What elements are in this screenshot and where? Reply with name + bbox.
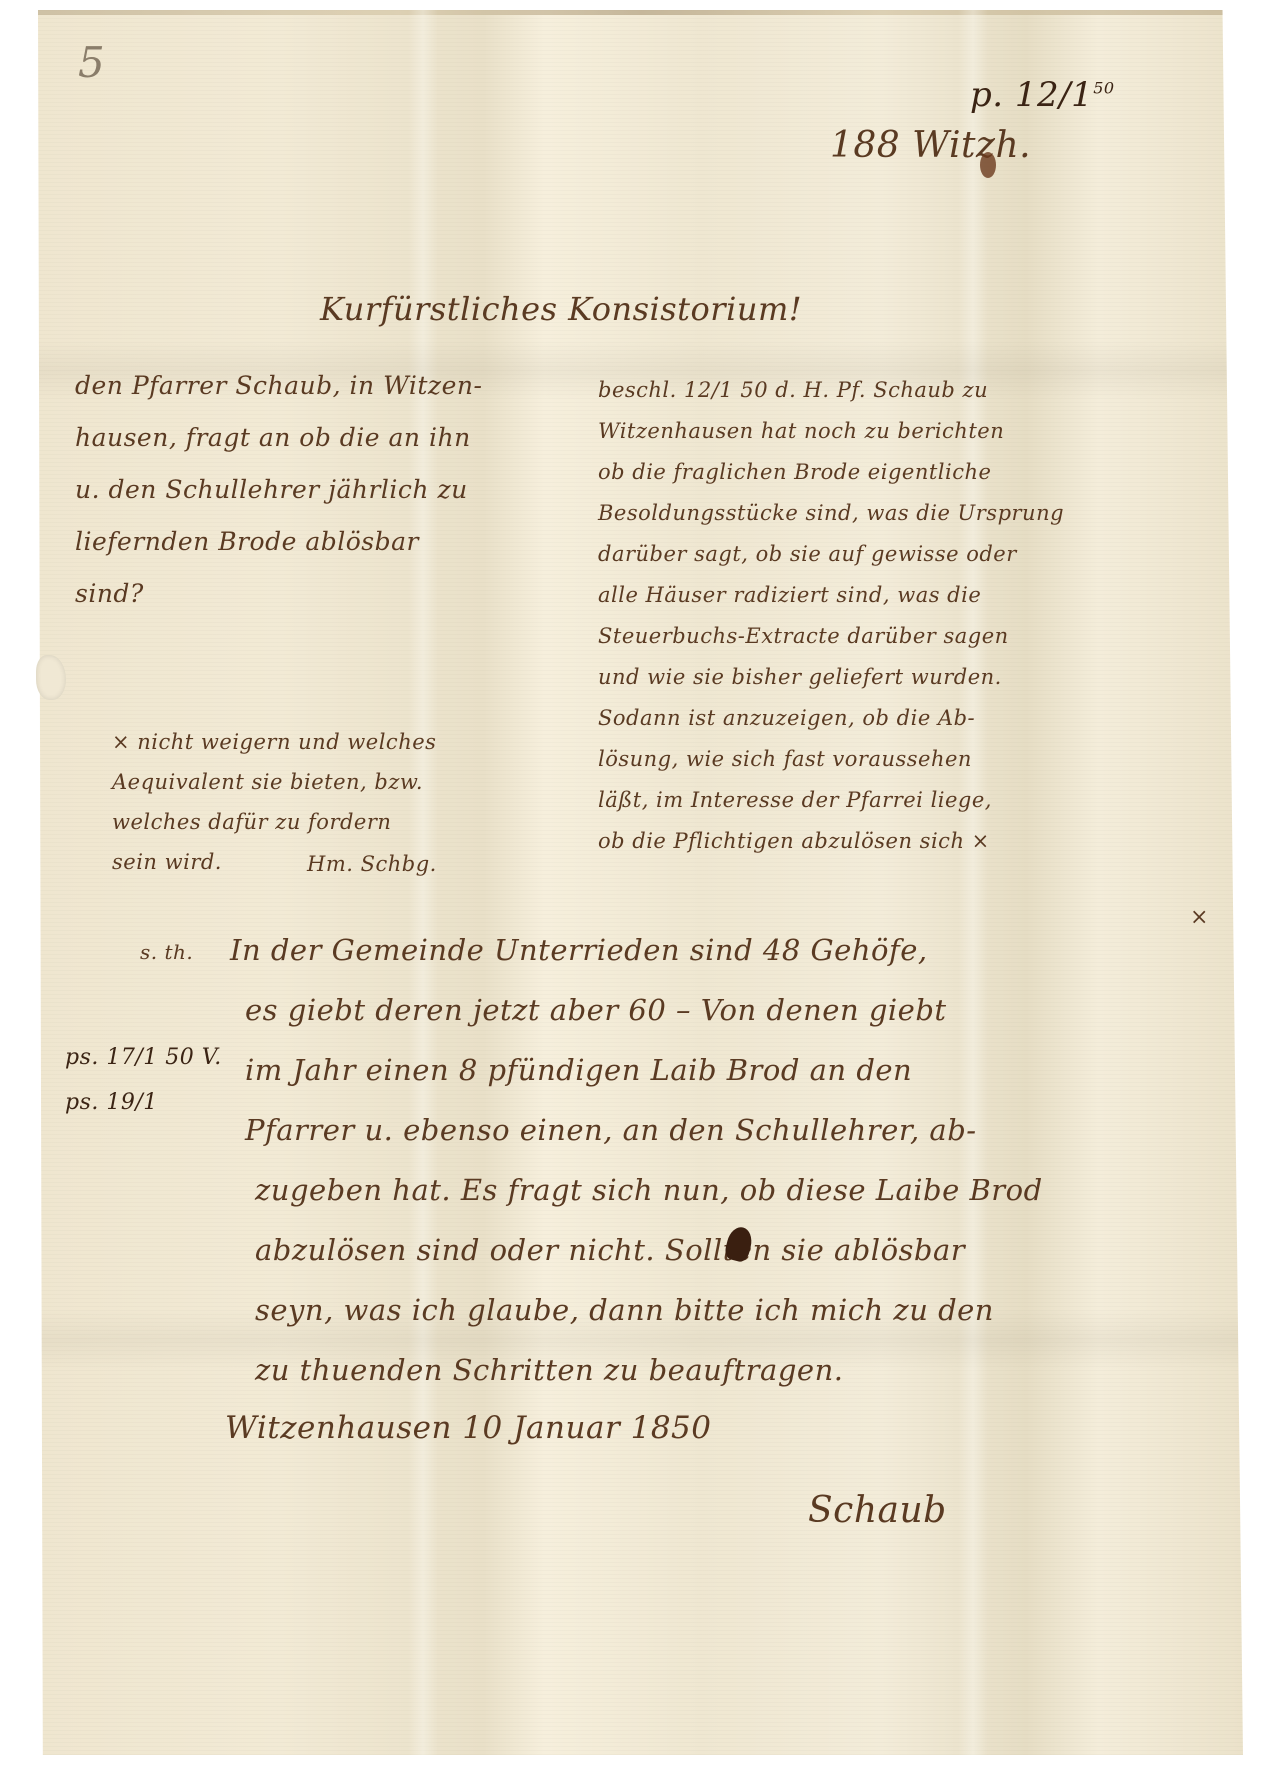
cross-mark: × [1190,905,1209,930]
right-resolution-note: beschl. 12/1 50 d. H. Pf. Schaub zu Witz… [598,370,1064,862]
margin-note-ps1: ps. 17/1 50 V. [65,1045,222,1070]
letter-paper [38,10,1243,1755]
paper-top-edge [38,10,1243,15]
ink-blot [980,152,996,178]
note-line: Witzenhausen hat noch zu berichten [598,411,1064,452]
margin-note-sth: s. th. [140,940,193,964]
note-line: hausen, fragt an ob die an ihn [75,412,482,464]
note-line: liefernden Brode ablösbar [75,516,482,568]
signature: Schaub [808,1490,947,1531]
note-line: lösung, wie sich fast voraussehen [598,739,1064,780]
body-line: es giebt deren jetzt aber 60 – Von denen… [245,980,1043,1040]
reference-number: 188 Witzh. [830,125,1031,166]
note-line: ob die fraglichen Brode eigentliche [598,452,1064,493]
footnote-line: Aequivalent sie bieten, bzw. [112,762,436,802]
note-line: Steuerbuchs-Extracte darüber sagen [598,616,1064,657]
body-line: Pfarrer u. ebenso einen, an den Schulleh… [245,1100,1043,1160]
note-line: sind? [75,568,482,620]
note-line: darüber sagt, ob sie auf gewisse oder [598,534,1064,575]
note-line: alle Häuser radiziert sind, was die [598,575,1064,616]
note-line: Besoldungsstücke sind, was die Ursprung [598,493,1064,534]
footnote: × nicht weigern und welches Aequivalent … [112,722,436,882]
note-line: und wie sie bisher geliefert wurden. [598,657,1064,698]
reference-fraction: p. 12/150 [970,75,1115,115]
margin-note-ps2: ps. 19/1 [65,1090,158,1115]
body-line: zu thuenden Schritten zu beauftragen. [255,1340,1043,1400]
letter-heading: Kurfürstliches Konsistorium! [320,290,802,328]
footnote-initials: Hm. Schbg. [307,844,437,884]
body-line: zugeben hat. Es fragt sich nun, ob diese… [255,1160,1043,1220]
note-line: den Pfarrer Schaub, in Witzen- [75,360,482,412]
paper-tear [36,655,66,700]
note-line: beschl. 12/1 50 d. H. Pf. Schaub zu [598,370,1064,411]
note-line: läßt, im Interesse der Pfarrei liege, [598,780,1064,821]
footnote-line: welches dafür zu fordern [112,802,436,842]
body-line: abzulösen sind oder nicht. Sollten sie a… [255,1220,1043,1280]
note-line: Sodann ist anzuzeigen, ob die Ab- [598,698,1064,739]
page-number: 5 [78,38,105,87]
note-line: u. den Schullehrer jährlich zu [75,464,482,516]
letter-body: In der Gemeinde Unterrieden sind 48 Gehö… [230,920,1043,1400]
footnote-line: × nicht weigern und welches [112,722,436,762]
left-summary-note: den Pfarrer Schaub, in Witzen- hausen, f… [75,360,482,620]
body-line: In der Gemeinde Unterrieden sind 48 Gehö… [230,920,1043,980]
reference-year: 50 [1093,79,1114,98]
place-and-date: Witzenhausen 10 Januar 1850 [225,1410,712,1446]
body-line: seyn, was ich glaube, dann bitte ich mic… [255,1280,1043,1340]
reference-fraction-value: p. 12/1 [970,75,1093,115]
fold-line-vertical [958,10,988,1755]
body-line: im Jahr einen 8 pfündigen Laib Brod an d… [245,1040,1043,1100]
note-line: ob die Pflichtigen abzulösen sich × [598,821,1064,862]
